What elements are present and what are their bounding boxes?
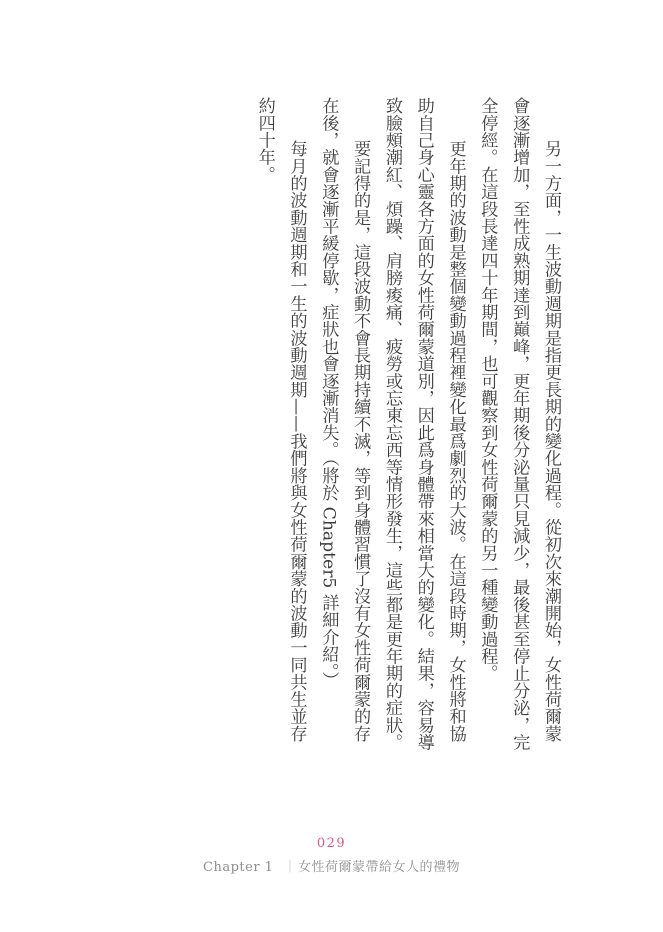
body-text: 另一方面，一生波動週期是指更長期的變化過程。從初次來潮開始，女性荷爾蒙會逐漸增加… (248, 97, 566, 755)
book-page: 另一方面，一生波動週期是指更長期的變化過程。從初次來潮開始，女性荷爾蒙會逐漸增加… (0, 0, 663, 932)
separator-bar: ｜ (283, 860, 297, 875)
chapter-label: Chapter 1 (203, 860, 273, 875)
paragraph: 每月的波動週期和一生的波動週期——我們將與女性荷爾蒙的波動一同共生並存約四十年。 (248, 97, 312, 755)
paragraph: 要記得的是，這段波動不會長期持續不滅，等到身體習慣了沒有女性荷爾蒙的存在後，就會… (312, 97, 376, 755)
paragraph: 更年期的波動是整個變動過程裡變化最爲劇烈的大波。在這段時期，女性將和協助自己身心… (375, 97, 470, 755)
chapter-footer: Chapter 1｜女性荷爾蒙帶給女人的禮物 (0, 856, 663, 875)
page-number: 029 (0, 836, 663, 851)
chapter-title: 女性荷爾蒙帶給女人的禮物 (298, 860, 460, 875)
paragraph: 另一方面，一生波動週期是指更長期的變化過程。從初次來潮開始，女性荷爾蒙會逐漸增加… (471, 97, 566, 755)
